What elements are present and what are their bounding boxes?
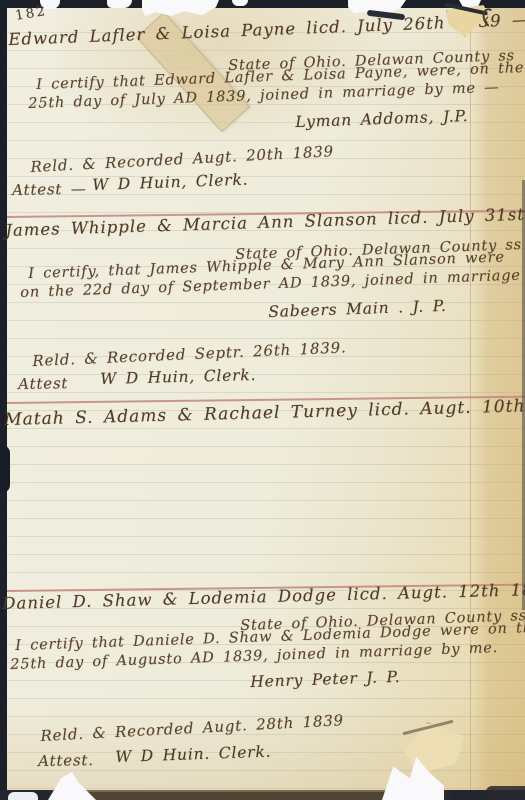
entry2-attest-label: Attest	[18, 374, 68, 393]
corner-shadow-bottom-right	[486, 786, 525, 800]
torn-edge-top-4	[232, 0, 248, 6]
paper-sheet: 182 Edward Lafler & Loisa Payne licd. Ju…	[7, 8, 525, 792]
entry4-clerk-signature: W D Huin. Clerk.	[115, 743, 272, 766]
entry2-recorded-line: Reld. & Recorded Septr. 26th 1839.	[32, 338, 347, 370]
entry2-signature: Sabeers Main . J. P.	[268, 297, 447, 321]
torn-edge-top-2	[107, 0, 132, 8]
binding-shadow-left	[0, 445, 10, 493]
entry1-attest-label: Attest —	[12, 180, 87, 199]
entry4-attest-label: Attest.	[38, 751, 94, 770]
entry1-recorded-line: Reld. & Recorded Augt. 20th 1839	[30, 142, 334, 176]
entry4-signature: Henry Peter J. P.	[250, 668, 401, 691]
ledger-page-scan: 182 Edward Lafler & Loisa Payne licd. Ju…	[0, 0, 525, 800]
entry4-heading: Daniel D. Shaw & Lodemia Dodge licd. Aug…	[2, 579, 525, 613]
entry4-recorded-line: Reld. & Recorded Augt. 28th 1839	[40, 711, 344, 745]
torn-edge-bottom-left-2	[8, 792, 38, 800]
entry2-heading: James Whipple & Marcia Ann Slanson licd.…	[5, 202, 525, 240]
entry2-clerk-signature: W D Huin, Clerk.	[100, 366, 256, 388]
entry1-signature: Lyman Addoms, J.P.	[295, 107, 469, 131]
entry1-clerk-signature: W D Huin, Clerk.	[92, 171, 249, 194]
